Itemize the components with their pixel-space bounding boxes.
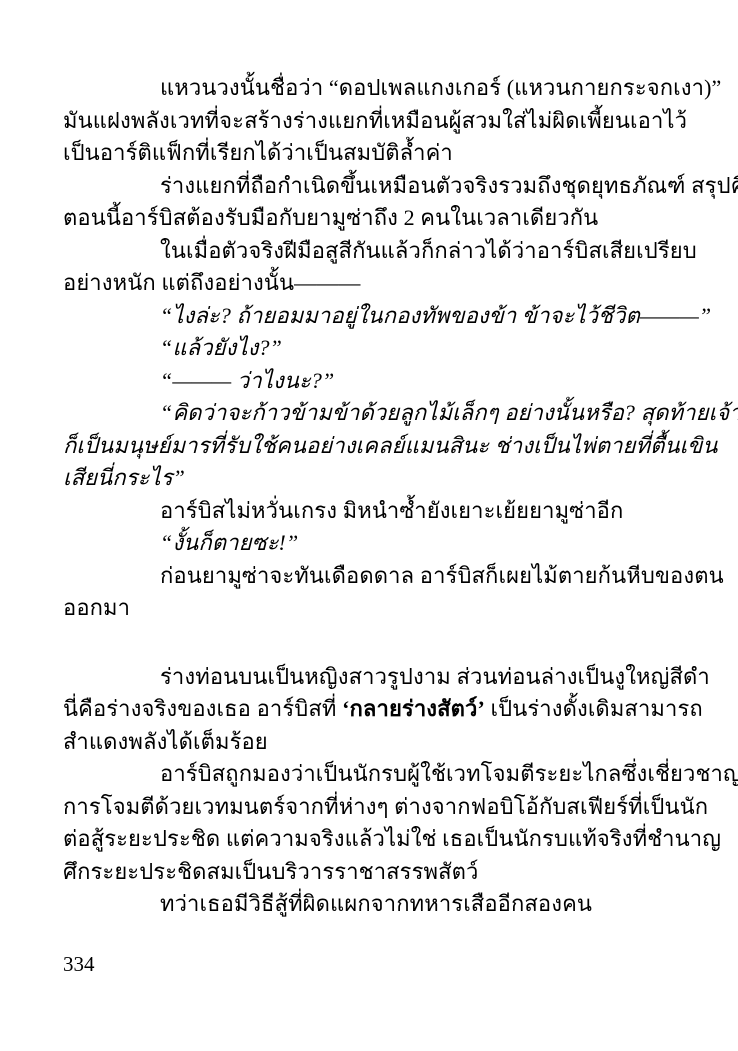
text-line: ออกมา bbox=[63, 592, 678, 625]
text-run: มันแฝงพลังเวทที่จะสร้างร่างแยกที่เหมือนผ… bbox=[63, 108, 687, 133]
text-line: ต่อสู้ระยะประชิด แต่ความจริงแล้วไม่ใช่ เ… bbox=[63, 823, 678, 856]
text-line: ร่างแยกที่ถือกำเนิดขึ้นเหมือนตัวจริงรวมถ… bbox=[63, 170, 678, 203]
text-line: อาร์บิสไม่หวั่นเกรง มิหนำซ้ำยังเยาะเย้ยย… bbox=[63, 495, 678, 528]
text-line: ตอนนี้อาร์บิสต้องรับมือกับยามูซ่าถึง 2 ค… bbox=[63, 202, 678, 235]
text-line: ก็เป็นมนุษย์มารที่รับใช้คนอย่างเคลย์แมนส… bbox=[63, 430, 678, 463]
text-run: “แล้วยังไง?” bbox=[160, 335, 282, 360]
emphasized-term: ‘กลายร่างสัตว์’ bbox=[342, 696, 485, 721]
text-run: “——— ว่าไงนะ?” bbox=[160, 368, 334, 393]
text-run: ร่างท่อนบนเป็นหญิงสาวรูปงาม ส่วนท่อนล่าง… bbox=[160, 664, 710, 689]
paragraph-gap bbox=[63, 625, 678, 661]
text-run: แหวนวงนั้นชื่อว่า “ดอปเพลแกงเกอร์ (แหวนก… bbox=[160, 75, 721, 100]
text-run: การโจมตีด้วยเวทมนตร์จากที่ห่างๆ ต่างจากฟ… bbox=[63, 794, 708, 819]
text-line: การโจมตีด้วยเวทมนตร์จากที่ห่างๆ ต่างจากฟ… bbox=[63, 791, 678, 824]
text-run: ศึกระยะประชิดสมเป็นบริวารราชาสรรพสัตว์ bbox=[63, 859, 479, 884]
text-run: อาร์บิสถูกมองว่าเป็นนักรบผู้ใช้เวทโจมตีร… bbox=[160, 761, 738, 786]
text-run: ทว่าเธอมีวิธีสู้ที่ผิดแผกจากทหารเสืออีกส… bbox=[160, 891, 592, 916]
text-run: ร่างแยกที่ถือกำเนิดขึ้นเหมือนตัวจริงรวมถ… bbox=[160, 173, 738, 198]
page-number: 334 bbox=[63, 952, 95, 977]
text-run: ตอนนี้อาร์บิสต้องรับมือกับยามูซ่าถึง 2 ค… bbox=[63, 205, 598, 230]
text-run: เสียนี่กระไร” bbox=[63, 465, 185, 490]
text-line: สำแดงพลังได้เต็มร้อย bbox=[63, 726, 678, 759]
text-line: เป็นอาร์ติแฟ็กที่เรียกได้ว่าเป็นสมบัติล้… bbox=[63, 137, 678, 170]
text-run: สำแดงพลังได้เต็มร้อย bbox=[63, 729, 268, 754]
text-run: ออกมา bbox=[63, 595, 130, 620]
text-line: อาร์บิสถูกมองว่าเป็นนักรบผู้ใช้เวทโจมตีร… bbox=[63, 758, 678, 791]
text-run: ก็เป็นมนุษย์มารที่รับใช้คนอย่างเคลย์แมนส… bbox=[63, 433, 718, 458]
text-run: อย่างหนัก แต่ถึงอย่างนั้น——— bbox=[63, 270, 360, 295]
text-run: “คิดว่าจะก้าวข้ามข้าด้วยลูกไม้เล็กๆ อย่า… bbox=[160, 400, 738, 425]
text-line: ร่างท่อนบนเป็นหญิงสาวรูปงาม ส่วนท่อนล่าง… bbox=[63, 661, 678, 694]
text-run: เป็นร่างดั้งเดิมสามารถ bbox=[485, 696, 703, 721]
text-line: นี่คือร่างจริงของเธอ อาร์บิสที่ ‘กลายร่า… bbox=[63, 693, 678, 726]
text-line: ก่อนยามูซ่าจะทันเดือดดาล อาร์บิสก็เผยไม้… bbox=[63, 560, 678, 593]
text-line: อย่างหนัก แต่ถึงอย่างนั้น——— bbox=[63, 267, 678, 300]
text-run: “ไงล่ะ? ถ้ายอมมาอยู่ในกองทัพของข้า ข้าจะ… bbox=[160, 303, 711, 328]
text-line: “ไงล่ะ? ถ้ายอมมาอยู่ในกองทัพของข้า ข้าจะ… bbox=[63, 300, 678, 333]
text-run: ก่อนยามูซ่าจะทันเดือดดาล อาร์บิสก็เผยไม้… bbox=[160, 563, 724, 588]
text-line: “คิดว่าจะก้าวข้ามข้าด้วยลูกไม้เล็กๆ อย่า… bbox=[63, 397, 678, 430]
book-page: แหวนวงนั้นชื่อว่า “ดอปเพลแกงเกอร์ (แหวนก… bbox=[0, 0, 738, 1051]
text-run: นี่คือร่างจริงของเธอ อาร์บิสที่ bbox=[63, 696, 342, 721]
text-run: ต่อสู้ระยะประชิด แต่ความจริงแล้วไม่ใช่ เ… bbox=[63, 826, 721, 851]
text-line: มันแฝงพลังเวทที่จะสร้างร่างแยกที่เหมือนผ… bbox=[63, 105, 678, 138]
text-run: เป็นอาร์ติแฟ็กที่เรียกได้ว่าเป็นสมบัติล้… bbox=[63, 140, 453, 165]
text-line: “งั้นก็ตายซะ!” bbox=[63, 527, 678, 560]
page-text: แหวนวงนั้นชื่อว่า “ดอปเพลแกงเกอร์ (แหวนก… bbox=[63, 72, 678, 921]
text-run: “งั้นก็ตายซะ!” bbox=[160, 530, 298, 555]
text-line: แหวนวงนั้นชื่อว่า “ดอปเพลแกงเกอร์ (แหวนก… bbox=[63, 72, 678, 105]
text-line: “——— ว่าไงนะ?” bbox=[63, 365, 678, 398]
text-line: เสียนี่กระไร” bbox=[63, 462, 678, 495]
text-line: ทว่าเธอมีวิธีสู้ที่ผิดแผกจากทหารเสืออีกส… bbox=[63, 888, 678, 921]
text-line: ศึกระยะประชิดสมเป็นบริวารราชาสรรพสัตว์ bbox=[63, 856, 678, 889]
text-line: “แล้วยังไง?” bbox=[63, 332, 678, 365]
text-run: อาร์บิสไม่หวั่นเกรง มิหนำซ้ำยังเยาะเย้ยย… bbox=[160, 498, 623, 523]
text-run: ในเมื่อตัวจริงฝีมือสูสีกันแล้วก็กล่าวได้… bbox=[160, 238, 697, 263]
text-line: ในเมื่อตัวจริงฝีมือสูสีกันแล้วก็กล่าวได้… bbox=[63, 235, 678, 268]
